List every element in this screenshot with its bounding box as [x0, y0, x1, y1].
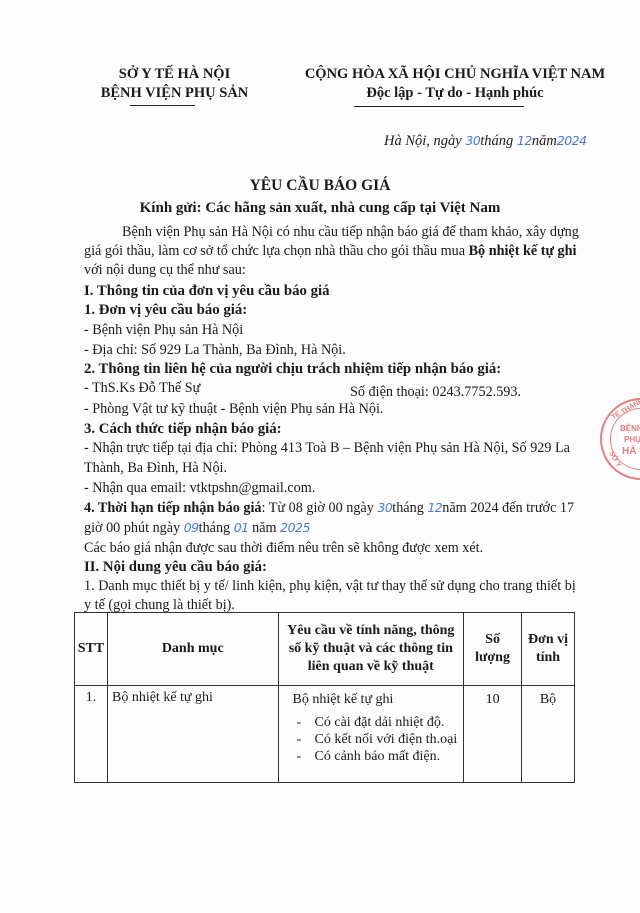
intro-line1: Bệnh viện Phụ sản Hà Nội có nhu cầu tiếp… — [122, 224, 579, 241]
deadline-start-day: 30 — [377, 500, 392, 515]
deadline-end-month-label: tháng — [199, 520, 234, 536]
cell-qty: 10 — [464, 686, 522, 783]
section1-heading: I. Thông tin của đơn vị yêu cầu báo giá — [84, 283, 330, 300]
requester-address: - Địa chỉ: Số 929 La Thành, Ba Đình, Hà … — [84, 342, 346, 359]
cell-stt: 1. — [75, 686, 108, 783]
deadline-line2: giờ 00 phút ngày 09tháng 01 năm 2025 — [84, 520, 310, 537]
cell-spec-title: Bộ nhiệt kế tự ghi — [293, 692, 460, 708]
deadline-end-day: 09 — [184, 520, 199, 535]
motto-underline — [354, 106, 524, 107]
table-header-row: STT Danh mục Yêu cầu về tính năng, thông… — [75, 613, 575, 686]
document-title: YÊU CẦU BÁO GIÁ — [0, 177, 640, 195]
deadline-text3: giờ 00 phút ngày — [84, 520, 184, 536]
header-name: Danh mục — [107, 613, 278, 686]
deadline-start-month-label: tháng — [392, 500, 427, 516]
deadline-note: Các báo giá nhận được sau thời điểm nêu … — [84, 540, 483, 557]
intro-line3: với nội dung cụ thể như sau: — [84, 262, 246, 279]
stamp-line3: HÀ N — [622, 446, 640, 457]
section1-sub2-heading: 2. Thông tin liên hệ của người chịu trác… — [84, 361, 501, 378]
header-unit-l2: tính — [524, 649, 572, 667]
section1-sub3-heading: 3. Cách thức tiếp nhận báo giá: — [84, 421, 282, 438]
date-day-handwritten: 30 — [465, 133, 480, 148]
deadline-start-month: 12 — [427, 500, 442, 515]
cell-unit: Bộ — [522, 686, 575, 783]
header-spec: Yêu cầu về tính năng, thông số kỹ thuật … — [278, 613, 464, 686]
requester-name: - Bệnh viện Phụ sản Hà Nội — [84, 322, 243, 339]
date-month-label: tháng — [480, 133, 513, 149]
header-unit-l1: Đơn vị — [524, 631, 572, 649]
deadline-line1: 4. Thời hạn tiếp nhận báo giá: Từ 08 giờ… — [84, 500, 574, 517]
date-prefix: Hà Nội, ngày — [384, 133, 462, 149]
stamp-line2: PHỤ S — [624, 435, 640, 444]
nation-motto: Độc lập - Tự do - Hạnh phúc — [285, 85, 625, 102]
org-underline — [130, 105, 195, 106]
package-name: Bộ nhiệt kế tự ghi — [469, 243, 577, 259]
section1-sub1-heading: 1. Đơn vị yêu cầu báo giá: — [84, 302, 247, 319]
date-year-label: năm — [532, 133, 557, 149]
section1-sub4-heading: 4. Thời hạn tiếp nhận báo giá — [84, 500, 262, 516]
nation-title: CỘNG HÒA XÃ HỘI CHỦ NGHĨA VIỆT NAM — [285, 66, 625, 83]
spec-item: Có cảnh báo mất điện. — [293, 748, 460, 765]
deadline-end-year: 2025 — [280, 520, 310, 535]
header-stt: STT — [75, 613, 108, 686]
section2-heading: II. Nội dung yêu cầu báo giá: — [84, 559, 267, 576]
deadline-end-month: 01 — [234, 520, 249, 535]
table-row: 1. Bộ nhiệt kế tự ghi Bộ nhiệt kế tự ghi… — [75, 686, 575, 783]
date-line: Hà Nội, ngày 30tháng 12năm2024 — [384, 133, 587, 150]
deadline-text2: năm 2024 đến trước 17 — [442, 500, 574, 516]
recipient-line: Kính gửi: Các hãng sản xuất, nhà cung cấ… — [0, 200, 640, 217]
spec-list: Có cài đặt dải nhiệt độ. Có kết nối với … — [293, 714, 460, 765]
deadline-end-year-label: năm — [249, 520, 281, 536]
header-unit: Đơn vị tính — [522, 613, 575, 686]
receive-direct-line2: Thành, Ba Đình, Hà Nội. — [84, 460, 227, 477]
equipment-table: STT Danh mục Yêu cầu về tính năng, thông… — [74, 612, 575, 783]
deadline-text1: : Từ 08 giờ 00 ngày — [262, 500, 378, 516]
stamp-line1: BỆNH V — [620, 424, 640, 433]
spec-item: Có kết nối với điện th.oại — [293, 731, 460, 748]
spec-item: Có cài đặt dải nhiệt độ. — [293, 714, 460, 731]
header-spec-l2: số kỹ thuật và các thông tin — [281, 640, 462, 658]
intro-line2-text: giá gói thầu, làm cơ sở tổ chức lựa chọn… — [84, 243, 469, 259]
cell-name: Bộ nhiệt kế tự ghi — [107, 686, 278, 783]
date-month-handwritten: 12 — [517, 133, 532, 148]
contact-name: - ThS.Ks Đỗ Thế Sự — [84, 380, 200, 397]
date-year-handwritten: 2024 — [557, 133, 587, 148]
receive-email: - Nhận qua email: vtktpshn@gmail.com. — [84, 480, 315, 497]
header-qty: Số lượng — [464, 613, 522, 686]
cell-spec: Bộ nhiệt kế tự ghi Có cài đặt dải nhiệt … — [278, 686, 464, 783]
contact-phone: Số điện thoại: 0243.7752.593. — [350, 384, 521, 401]
receive-direct-line1: - Nhận trực tiếp tại địa chỉ: Phòng 413 … — [84, 440, 570, 457]
section2-item1-line1: 1. Danh mục thiết bị y tế/ linh kiện, ph… — [84, 578, 576, 595]
intro-line2: giá gói thầu, làm cơ sở tổ chức lựa chọn… — [84, 243, 576, 260]
org-name-line2: BỆNH VIỆN PHỤ SẢN — [82, 85, 267, 102]
org-name-line1: SỞ Y TẾ HÀ NỘI — [82, 66, 267, 83]
official-stamp: TẾ THÀNH BỆNH V PHỤ S HÀ N SỞ Y — [600, 398, 640, 480]
header-spec-l1: Yêu cầu về tính năng, thông — [281, 622, 462, 640]
header-spec-l3: liên quan về kỹ thuật — [281, 658, 462, 676]
contact-department: - Phòng Vật tư kỹ thuật - Bệnh viện Phụ … — [84, 401, 383, 418]
